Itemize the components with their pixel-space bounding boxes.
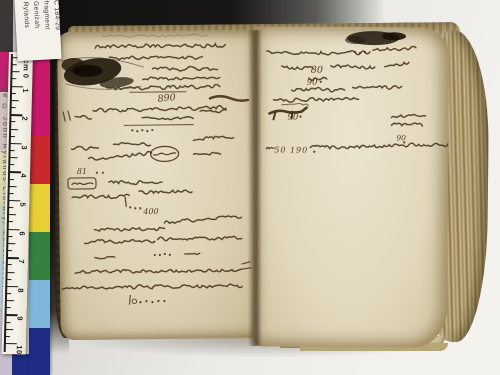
- handwritten-numeral: 890: [157, 92, 176, 105]
- color-patch-dark-blue: [29, 328, 50, 375]
- ruler-tick: [9, 164, 14, 165]
- ruler-tick: [7, 243, 15, 244]
- handwriting-line: [391, 123, 422, 126]
- handwriting-dot: [320, 81, 322, 83]
- ruler-tick: [12, 64, 17, 65]
- ruler-tick: [9, 186, 17, 187]
- ruler-mark-label: 10: [15, 345, 24, 355]
- handwriting-line: [158, 236, 242, 241]
- ruler-tick: [5, 329, 13, 330]
- handwriting-line: [95, 227, 165, 231]
- handwriting-dot: [136, 130, 138, 132]
- ruler-mark-label: 9: [15, 317, 24, 322]
- handwriting-line: [385, 62, 409, 67]
- ruler-mark-label: 2: [20, 116, 29, 121]
- handwriting-line: [95, 43, 225, 49]
- handwriting-line: [353, 86, 402, 90]
- ruler-tick: [10, 129, 18, 130]
- handwriting-line: [200, 110, 226, 113]
- ruler-tick: [8, 214, 16, 215]
- book-gutter-shadow: [248, 30, 262, 346]
- edge-tint: [0, 0, 13, 52]
- handwriting-line: [109, 55, 202, 60]
- ruler-tick: [7, 272, 15, 273]
- manuscript-photo: 890 81 400 80 90 90 90 50 190: [0, 0, 500, 375]
- handwriting-dot: [146, 130, 148, 132]
- handwriting-dot: [139, 301, 141, 303]
- handwriting-dot: [131, 129, 133, 131]
- ruler-tick: [8, 207, 13, 208]
- left-page: 890 81 400: [57, 30, 259, 340]
- handwriting-dot: [134, 207, 136, 209]
- ink-smudge: [345, 31, 406, 45]
- handwriting-line: [292, 87, 345, 92]
- handwriting-dot: [151, 301, 153, 303]
- handwriting-line: [391, 114, 425, 117]
- handwriting-line: [139, 190, 192, 194]
- handwriting-dot: [299, 116, 301, 118]
- color-patch-green: [29, 232, 50, 280]
- ruler-tick: [9, 179, 14, 180]
- ruler-tick: [11, 107, 16, 108]
- ruler-tick: [11, 93, 16, 94]
- handwriting-line: [142, 117, 193, 120]
- handwriting-dot: [313, 151, 315, 153]
- ruler-mark-label: 3: [20, 145, 29, 150]
- handwriting-dot: [145, 300, 147, 302]
- right-page-handwriting: 80 90 90 90 50 190: [253, 26, 449, 347]
- ruler-tick: [6, 293, 11, 294]
- handwriting-line: [154, 153, 176, 155]
- handwriting-line: [72, 146, 99, 150]
- handwriting-line: [75, 268, 242, 273]
- handwriting-line: [75, 116, 91, 120]
- handwriting-line: [266, 147, 274, 148]
- handwriting-line: [274, 97, 359, 102]
- shelfmark-label: Rylands Genizah fragment C 184-29: [14, 0, 61, 61]
- color-patch-light-blue: [29, 280, 50, 328]
- handwriting-dot: [359, 52, 361, 54]
- handwriting-dot: [364, 51, 366, 53]
- ruler-tick: [10, 121, 15, 122]
- handwriting-line: [143, 76, 220, 80]
- handwritten-numeral: 90: [396, 133, 406, 142]
- handwriting-line: [62, 284, 242, 290]
- handwritten-numeral: 90: [287, 113, 298, 123]
- ruler-tick: [5, 336, 10, 337]
- handwriting-dot: [403, 141, 405, 143]
- handwriting-line: [310, 142, 448, 149]
- handwritten-numeral: 81: [77, 167, 87, 176]
- handwriting-line: [95, 257, 115, 259]
- handwriting-line: [373, 46, 416, 51]
- ruler-tick: [7, 264, 12, 265]
- left-page-handwriting: 890 81 400: [57, 30, 259, 340]
- ruler-tick: [10, 136, 15, 137]
- right-page: 80 90 90 90 50 190: [253, 26, 449, 347]
- handwriting-line: [282, 66, 313, 69]
- ruler-mark-label: 8: [16, 288, 25, 293]
- handwriting-line: [89, 152, 152, 161]
- handwritten-numeral: 80: [311, 65, 323, 76]
- handwriting-dot: [154, 254, 156, 256]
- handwriting-line: [194, 152, 221, 155]
- ruler-mark-label: 6: [18, 231, 27, 236]
- handwriting-line: [113, 142, 150, 146]
- handwriting-dot: [129, 206, 131, 208]
- handwriting-dot: [151, 129, 153, 131]
- ruler-tick: [6, 300, 14, 301]
- color-patch-yellow: [29, 184, 50, 232]
- handwriting-dot: [141, 129, 143, 131]
- handwriting-dot: [102, 172, 104, 174]
- handwriting-dot: [157, 300, 159, 302]
- ruler-mark-label: 7: [17, 259, 26, 264]
- handwriting-dot: [96, 172, 98, 174]
- handwriting-dot: [159, 254, 161, 256]
- ruler-tick: [10, 150, 15, 151]
- handwritten-numeral: 50 190: [274, 145, 308, 154]
- ruler-tick: [11, 78, 16, 79]
- handwriting-dot: [164, 253, 166, 255]
- ruler-tick: [7, 250, 12, 251]
- handwriting-lines: [266, 45, 449, 150]
- handwriting-line: [193, 136, 233, 140]
- ruler-mark-label: 1: [21, 88, 30, 93]
- handwriting-line: [282, 103, 309, 105]
- ruler-mark-label: 5: [18, 202, 27, 207]
- handwriting-line: [102, 34, 207, 38]
- handwriting-line: [72, 194, 129, 198]
- ruler-tick: [9, 193, 14, 194]
- handwriting-line: [72, 183, 93, 185]
- ruler-tick: [6, 279, 11, 280]
- handwriting-line: [164, 216, 241, 224]
- handwriting-dot: [139, 207, 141, 209]
- ruler-mark-label: 4: [19, 174, 28, 179]
- handwriting-dot: [354, 51, 356, 53]
- ruler-tick: [11, 100, 19, 101]
- ruler-tick: [6, 307, 11, 308]
- handwriting-line: [331, 65, 375, 69]
- handwriting-dot: [163, 300, 165, 302]
- ruler-tick: [12, 71, 20, 72]
- handwriting-line: [109, 180, 162, 185]
- ruler-tick: [9, 157, 17, 158]
- color-patch-dark-blue-extension: [12, 354, 30, 375]
- handwriting-line: [153, 66, 218, 71]
- handwritten-numeral: 400: [142, 207, 158, 216]
- handwriting-line: [85, 239, 155, 243]
- color-guide-patches: [29, 50, 50, 375]
- ruler-mark-label: cm 0: [21, 59, 30, 78]
- shelfmark-line: C 184-29: [50, 0, 62, 31]
- ruler-tick: [7, 236, 12, 237]
- ruler-tick: [8, 221, 13, 222]
- color-patch-red: [29, 136, 50, 184]
- ruler-tick: [5, 321, 10, 322]
- handwriting-dot: [169, 254, 171, 256]
- handwriting-line: [185, 253, 200, 255]
